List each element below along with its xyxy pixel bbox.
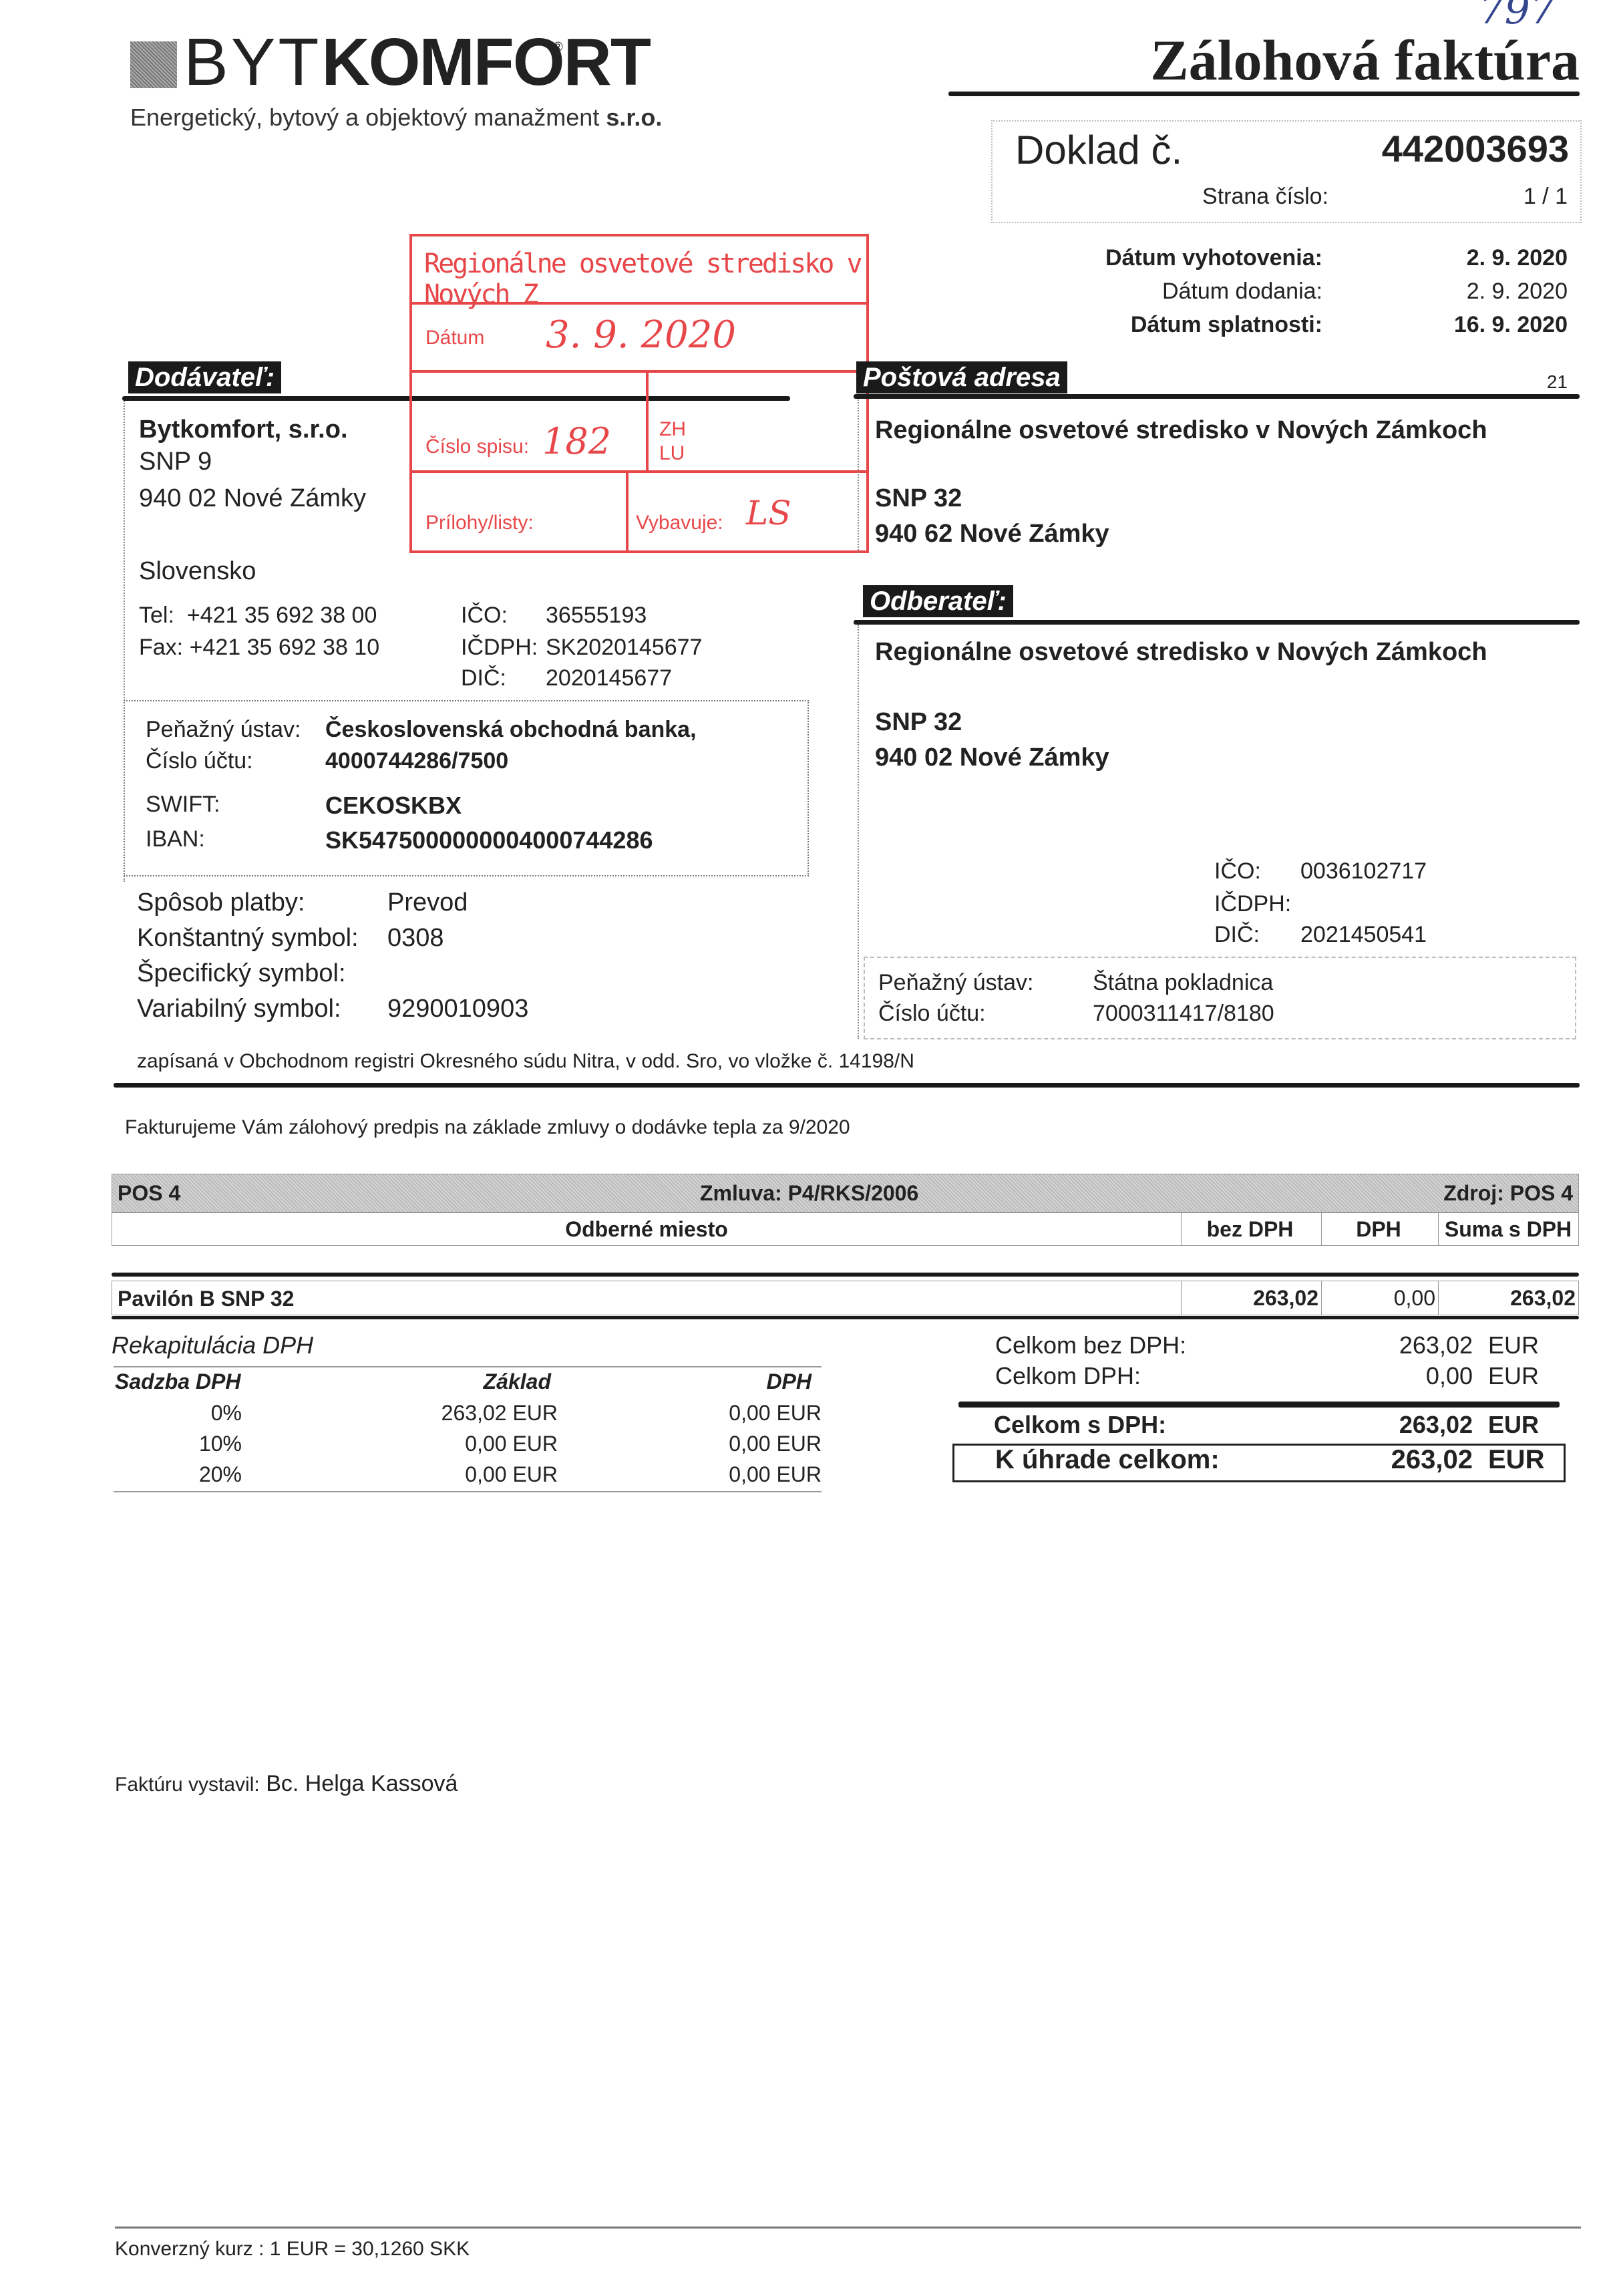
supplier-ico-label: IČO: xyxy=(461,603,508,629)
logo-tagline: Energetický, bytový a objektový manažmen… xyxy=(130,104,662,132)
tel-label: Tel: xyxy=(139,603,174,628)
logo-bold: KOMFORT xyxy=(321,25,649,100)
recap-head-rate: Sadzba DPH xyxy=(115,1369,240,1394)
table-row: Pavilón B SNP 32 263,02 0,00 263,02 xyxy=(112,1281,1579,1315)
postal-section-label: Poštová adresa xyxy=(856,361,1067,393)
customer-dic: 2021450541 xyxy=(1300,922,1427,948)
stamp-file-label: Číslo spisu: xyxy=(425,436,529,458)
col-gross: Suma s DPH xyxy=(1438,1213,1578,1245)
registered-mark: ® xyxy=(553,40,563,55)
recap-rate: 10% xyxy=(115,1432,242,1456)
col-net: bez DPH xyxy=(1181,1213,1318,1245)
issuer-name: Bc. Helga Kassová xyxy=(266,1771,458,1796)
supplier-iban: SK5475000000004000744286 xyxy=(325,826,653,854)
title-rule xyxy=(948,92,1580,96)
customer-section-label: Odberateľ: xyxy=(863,585,1013,617)
supplier-iban-label: IBAN: xyxy=(146,826,205,852)
customer-street: SNP 32 xyxy=(875,708,962,737)
total-net: 263,02 xyxy=(1309,1331,1473,1359)
conversion-rate: Konverzný kurz : 1 EUR = 30,1260 SKK xyxy=(115,2238,470,2261)
stamp-file-value: 182 xyxy=(542,420,611,462)
postal-city: 940 62 Nové Zámky xyxy=(875,520,1109,548)
postal-street: SNP 32 xyxy=(875,484,962,513)
total-vat: 0,00 xyxy=(1309,1362,1473,1390)
issuer: Faktúru vystavil: Bc. Helga Kassová xyxy=(115,1771,458,1797)
col-vat: DPH xyxy=(1321,1213,1435,1245)
stamp-org: Regionálne osvetové stredisko v Nových Z xyxy=(424,249,866,310)
customer-bank: Štátna pokladnica xyxy=(1093,970,1273,996)
row-place: Pavilón B SNP 32 xyxy=(118,1287,294,1311)
invoice-title: Zálohová faktúra xyxy=(1150,27,1580,94)
tel-value: +421 35 692 38 00 xyxy=(187,603,377,628)
table-rule xyxy=(112,1273,1579,1277)
positions-header: POS 4 Zmluva: P4/RKS/2006 Zdroj: POS 4 xyxy=(112,1174,1579,1212)
recap-rate: 0% xyxy=(115,1401,242,1426)
customer-dic-label: DIČ: xyxy=(1214,922,1260,948)
totals-rule xyxy=(958,1402,1560,1408)
recap-base: 263,02 EUR xyxy=(374,1401,558,1426)
positions-columns: Odberné miesto bez DPH DPH Suma s DPH xyxy=(112,1212,1579,1246)
doc-number: 442003693 xyxy=(1382,127,1569,170)
customer-account: 7000311417/8180 xyxy=(1093,1001,1274,1027)
customer-ico: 0036102717 xyxy=(1300,858,1427,884)
code-21: 21 xyxy=(1547,371,1568,393)
supplier-ico: 36555193 xyxy=(546,603,647,629)
customer-ico-label: IČO: xyxy=(1214,858,1261,884)
supplier-fax: Fax: +421 35 692 38 10 xyxy=(139,635,379,661)
logo-square xyxy=(130,41,177,88)
recap-vat: 0,00 EUR xyxy=(635,1462,822,1487)
supplier-swift: CEKOSKBX xyxy=(325,792,462,820)
logo-thin: BYT xyxy=(184,25,321,100)
supplier-dic: 2020145677 xyxy=(546,665,672,691)
supplier-city: 940 02 Nové Zámky xyxy=(139,484,366,513)
total-net-label: Celkom bez DPH: xyxy=(995,1331,1186,1359)
issuer-label: Faktúru vystavil: xyxy=(115,1774,260,1796)
date-delivery-value: 2. 9. 2020 xyxy=(1401,279,1568,305)
supplier-account-label: Číslo účtu: xyxy=(146,748,253,774)
total-vat-currency: EUR xyxy=(1488,1362,1539,1390)
customer-rule xyxy=(854,620,1580,625)
footer-rule xyxy=(115,2227,1581,2229)
supplier-bank-label: Peňažný ústav: xyxy=(146,717,301,743)
recap-vat: 0,00 EUR xyxy=(635,1432,822,1456)
customer-name: Regionálne osvetové stredisko v Nových Z… xyxy=(875,638,1487,667)
postal-name: Regionálne osvetové stredisko v Nových Z… xyxy=(875,416,1487,445)
customer-bank-box xyxy=(864,957,1576,1039)
supplier-bank: Československá obchodná banka, xyxy=(325,717,697,743)
stamp-divider xyxy=(626,470,629,550)
stamp-handled-value: LS xyxy=(746,494,791,532)
customer-bank-label: Peňažný ústav: xyxy=(878,970,1033,996)
recap-vat: 0,00 EUR xyxy=(635,1401,822,1426)
pos-code: POS 4 xyxy=(118,1181,180,1206)
intro-text: Fakturujeme Vám zálohový predpis na zákl… xyxy=(125,1116,850,1139)
stamp-date-label: Dátum xyxy=(425,327,484,349)
stamp-handled-label: Vybavuje: xyxy=(636,512,723,534)
postal-left-border xyxy=(858,399,859,553)
var-symbol-label: Variabilný symbol: xyxy=(137,995,341,1023)
stamp-line xyxy=(412,370,866,373)
stamp-divider xyxy=(646,370,649,470)
stamp-zh: ZH xyxy=(659,418,686,441)
total-gross-label: Celkom s DPH: xyxy=(994,1411,1166,1439)
amount-due: 263,02 xyxy=(1309,1445,1473,1475)
fax-label: Fax: xyxy=(139,635,183,660)
recap-head-vat: DPH xyxy=(668,1369,812,1394)
payment-method-label: Spôsob platby: xyxy=(137,888,305,917)
date-due-label: Dátum splatnosti: xyxy=(855,312,1322,338)
fax-value: +421 35 692 38 10 xyxy=(190,635,380,660)
supplier-country: Slovensko xyxy=(139,557,256,586)
recap-rate: 20% xyxy=(115,1462,242,1487)
total-vat-label: Celkom DPH: xyxy=(995,1362,1141,1390)
row-vat: 0,00 xyxy=(1321,1281,1438,1315)
date-due-value: 16. 9. 2020 xyxy=(1401,312,1568,338)
supplier-dic-label: DIČ: xyxy=(461,665,506,691)
amount-due-label: K úhrade celkom: xyxy=(995,1445,1220,1475)
date-issued-value: 2. 9. 2020 xyxy=(1401,245,1568,271)
date-delivery-label: Dátum dodania: xyxy=(855,279,1322,305)
recap-base: 0,00 EUR xyxy=(374,1432,558,1456)
spec-symbol-label: Špecifický symbol: xyxy=(137,959,346,988)
recap-rule xyxy=(114,1491,822,1492)
row-net: 263,02 xyxy=(1181,1281,1321,1315)
supplier-name: Bytkomfort, s.r.o. xyxy=(139,416,348,444)
supplier-account: 4000744286/7500 xyxy=(325,748,508,774)
var-symbol: 9290010903 xyxy=(387,995,528,1023)
stamp-attachments-label: Prílohy/listy: xyxy=(425,512,534,534)
supplier-swift-label: SWIFT: xyxy=(146,792,220,818)
supplier-icdph-label: IČDPH: xyxy=(461,635,538,661)
supplier-street: SNP 9 xyxy=(139,448,212,476)
recap-base: 0,00 EUR xyxy=(374,1462,558,1487)
amount-due-currency: EUR xyxy=(1488,1445,1544,1475)
postal-rule xyxy=(854,394,1580,399)
customer-city: 940 02 Nové Zámky xyxy=(875,744,1109,772)
recap-rule xyxy=(114,1366,822,1367)
recap-title: Rekapitulácia DPH xyxy=(112,1331,313,1359)
supplier-section-label: Dodávateľ: xyxy=(128,361,281,393)
customer-icdph-label: IČDPH: xyxy=(1214,891,1291,917)
tagline-suffix: s.r.o. xyxy=(606,104,662,131)
section-rule xyxy=(114,1083,1580,1088)
total-gross: 263,02 xyxy=(1309,1411,1473,1439)
customer-account-label: Číslo účtu: xyxy=(878,1001,986,1027)
const-symbol: 0308 xyxy=(387,924,444,953)
stamp-line xyxy=(412,302,866,305)
logo-wordmark: BYTKOMFORT xyxy=(184,25,650,99)
page-label: Strana číslo: xyxy=(1202,184,1328,210)
date-issued-label: Dátum vyhotovenia: xyxy=(855,245,1322,271)
recap-head-base: Základ xyxy=(414,1369,551,1394)
payment-method: Prevod xyxy=(387,888,468,917)
table-rule xyxy=(112,1316,1579,1319)
page-value: 1 / 1 xyxy=(1524,184,1568,210)
const-symbol-label: Konštantný symbol: xyxy=(137,924,359,953)
doc-label: Doklad č. xyxy=(1015,127,1182,173)
total-net-currency: EUR xyxy=(1488,1331,1539,1359)
supplier-icdph: SK2020145677 xyxy=(546,635,702,661)
stamp-line xyxy=(412,470,866,473)
customer-left-border xyxy=(858,625,859,1039)
supplier-tel: Tel: +421 35 692 38 00 xyxy=(139,603,377,629)
contract-number: Zmluva: P4/RKS/2006 xyxy=(700,1181,918,1206)
col-place: Odberné miesto xyxy=(112,1213,1181,1245)
tagline-text: Energetický, bytový a objektový manažmen… xyxy=(130,104,599,131)
received-stamp: Regionálne osvetové stredisko v Nových Z… xyxy=(409,234,869,553)
row-gross: 263,02 xyxy=(1438,1281,1578,1315)
registry-note: zapísaná v Obchodnom registri Okresného … xyxy=(137,1050,914,1073)
total-gross-currency: EUR xyxy=(1488,1411,1539,1439)
source: Zdroj: POS 4 xyxy=(1443,1181,1573,1206)
stamp-lu: LU xyxy=(659,442,685,465)
stamp-date-value: 3. 9. 2020 xyxy=(546,313,736,357)
